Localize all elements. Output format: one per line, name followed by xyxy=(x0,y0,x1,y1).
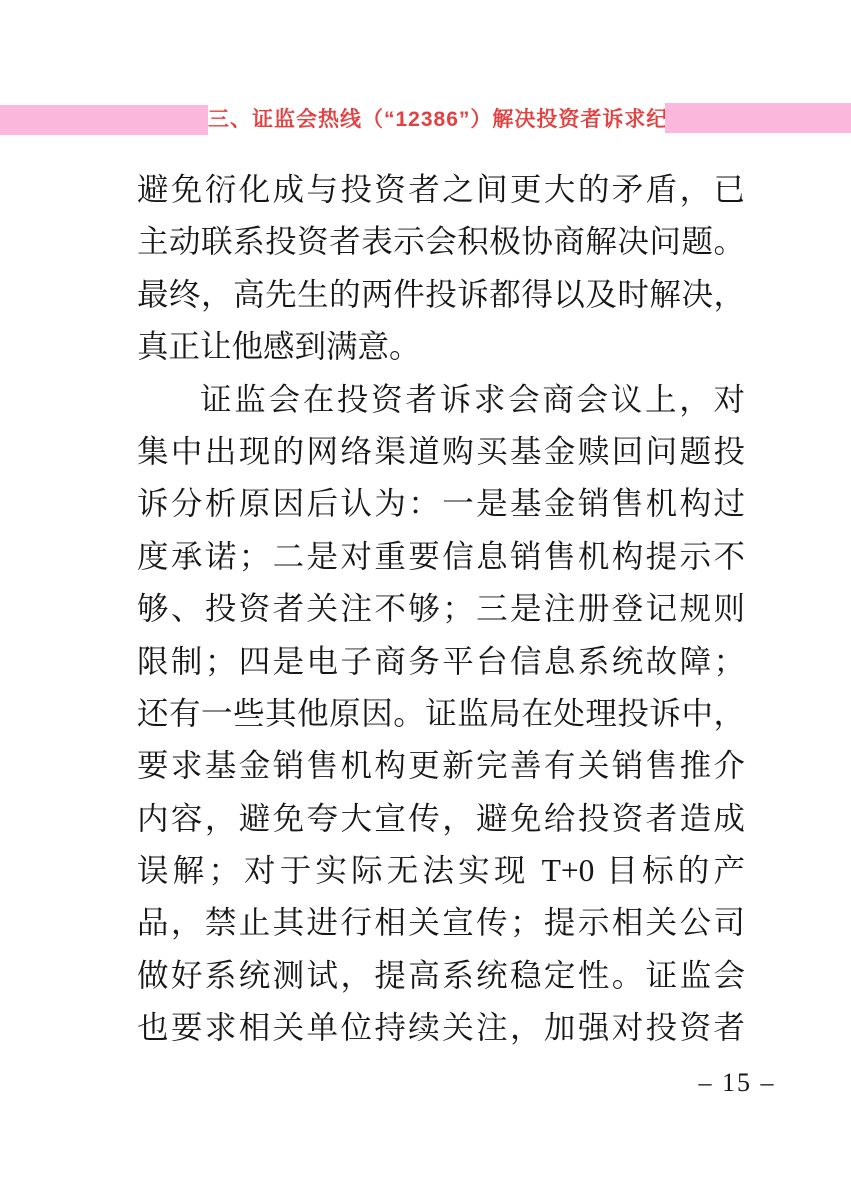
text-line: 也要求相关单位持续关注，加强对投资者 xyxy=(137,1002,745,1054)
text-line: 诉分析原因后认为：一是基金销售机构过 xyxy=(137,478,745,530)
text-line: 误解；对于实际无法实现 T+0 目标的产 xyxy=(137,845,745,897)
text-line: 内容，避免夸大宣传，避免给投资者造成 xyxy=(137,793,745,845)
text-line: 避免衍化成与投资者之间更大的矛盾，已 xyxy=(137,164,745,216)
text-line: 品，禁止其进行相关宣传；提示相关公司 xyxy=(137,897,745,949)
text-line: 证监会在投资者诉求会商会议上，对 xyxy=(137,374,745,426)
text-line: 够、投资者关注不够；三是注册登记规则 xyxy=(137,583,745,635)
text-line: 还有一些其他原因。证监局在处理投诉中， xyxy=(137,688,745,740)
chapter-title: 三、证监会热线（“12386”）解决投资者诉求纪实 xyxy=(208,105,665,135)
text-line: 要求基金销售机构更新完善有关销售推介 xyxy=(137,740,745,792)
book-page: 三、证监会热线（“12386”）解决投资者诉求纪实 避免衍化成与投资者之间更大的… xyxy=(0,0,851,1189)
text-line: 度承诺；二是对重要信息销售机构提示不 xyxy=(137,531,745,583)
text-line: 做好系统测试，提高系统稳定性。证监会 xyxy=(137,950,745,1002)
running-header: 三、证监会热线（“12386”）解决投资者诉求纪实 xyxy=(0,105,851,135)
text-line: 限制；四是电子商务平台信息系统故障； xyxy=(137,636,745,688)
body-text: 避免衍化成与投资者之间更大的矛盾，已主动联系投资者表示会积极协商解决问题。最终，… xyxy=(137,164,745,1055)
page-number: – 15 – xyxy=(687,1066,787,1100)
text-line: 真正让他感到满意。 xyxy=(137,321,745,373)
header-right-bar xyxy=(665,103,851,133)
text-line: 集中出现的网络渠道购买基金赎回问题投 xyxy=(137,426,745,478)
text-line: 最终，高先生的两件投诉都得以及时解决， xyxy=(137,269,745,321)
text-line: 主动联系投资者表示会积极协商解决问题。 xyxy=(137,216,745,268)
header-left-bar xyxy=(0,105,208,135)
